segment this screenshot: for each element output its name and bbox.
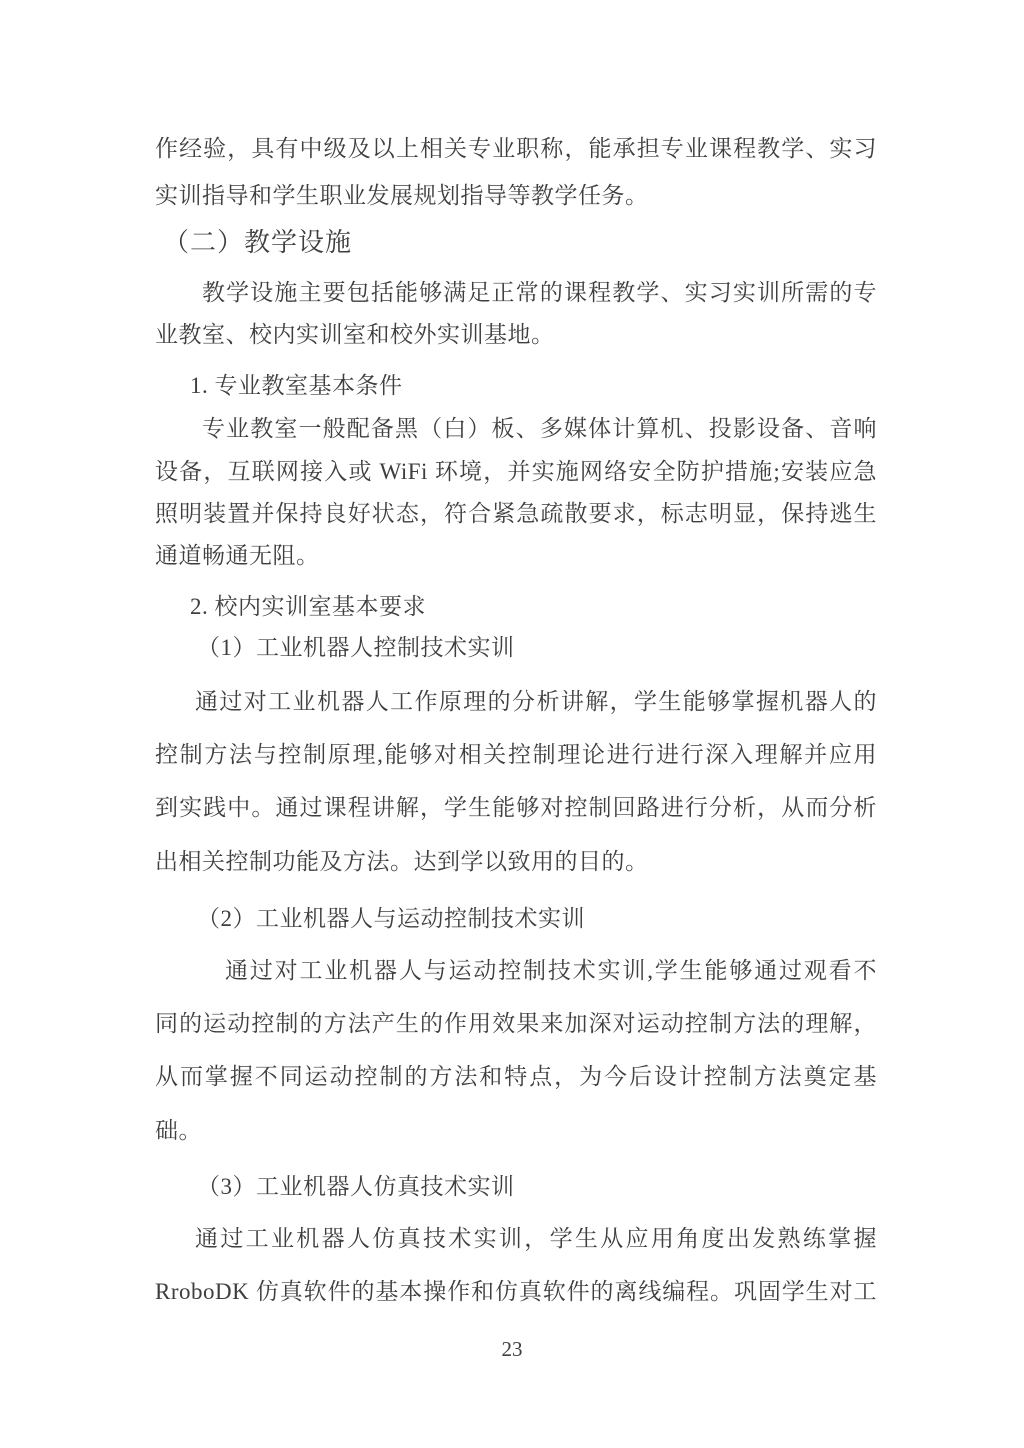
- paragraph-line: 教学设施主要包括能够满足正常的课程教学、实习实训所需的专: [155, 278, 877, 308]
- sub-item-heading: （3）工业机器人仿真技术实训: [155, 1172, 877, 1202]
- sub-item-heading: （2）工业机器人与运动控制技术实训: [155, 904, 877, 934]
- paragraph-line: RroboDK 仿真软件的基本操作和仿真软件的离线编程。巩固学生对工: [155, 1277, 877, 1307]
- page-number: 23: [0, 1336, 1024, 1362]
- numbered-item: 1. 专业教室基本条件: [155, 371, 877, 401]
- paragraph-line: 从而掌握不同运动控制的方法和特点，为今后设计控制方法奠定基: [155, 1062, 877, 1092]
- document-page: 作经验，具有中级及以上相关专业职称，能承担专业课程教学、实习 实训指导和学生职业…: [0, 0, 1024, 1448]
- paragraph-line: 通过对工业机器人与运动控制技术实训,学生能够通过观看不: [155, 956, 877, 986]
- paragraph-line: 通过对工业机器人工作原理的分析讲解，学生能够掌握机器人的: [155, 687, 877, 717]
- body-text-line: 实训指导和学生职业发展规划指导等教学任务。: [155, 181, 877, 211]
- paragraph-line: 设备，互联网接入或 WiFi 环境，并实施网络安全防护措施;安装应急: [155, 457, 877, 487]
- sub-item-heading: （1）工业机器人控制技术实训: [155, 633, 877, 663]
- paragraph-line: 同的运动控制的方法产生的作用效果来加深对运动控制方法的理解，: [155, 1009, 877, 1039]
- paragraph-line: 到实践中。通过课程讲解，学生能够对控制回路进行分析，从而分析: [155, 793, 877, 823]
- paragraph-line: 控制方法与控制原理,能够对相关控制理论进行进行深入理解并应用: [155, 740, 877, 770]
- paragraph-line: 础。: [155, 1116, 877, 1146]
- section-heading: （二）教学设施: [155, 227, 877, 259]
- paragraph-line: 通过工业机器人仿真技术实训，学生从应用角度出发熟练掌握: [155, 1224, 877, 1254]
- paragraph-line: 业教室、校内实训室和校外实训基地。: [155, 320, 877, 350]
- paragraph-line: 通道畅通无阻。: [155, 541, 877, 571]
- paragraph-line: 照明装置并保持良好状态，符合紧急疏散要求，标志明显，保持逃生: [155, 499, 877, 529]
- paragraph-line: 专业教室一般配备黑（白）板、多媒体计算机、投影设备、音响: [155, 414, 877, 444]
- numbered-item: 2. 校内实训室基本要求: [155, 592, 877, 622]
- body-text-line: 作经验，具有中级及以上相关专业职称，能承担专业课程教学、实习: [155, 134, 877, 164]
- paragraph-line: 出相关控制功能及方法。达到学以致用的目的。: [155, 847, 877, 877]
